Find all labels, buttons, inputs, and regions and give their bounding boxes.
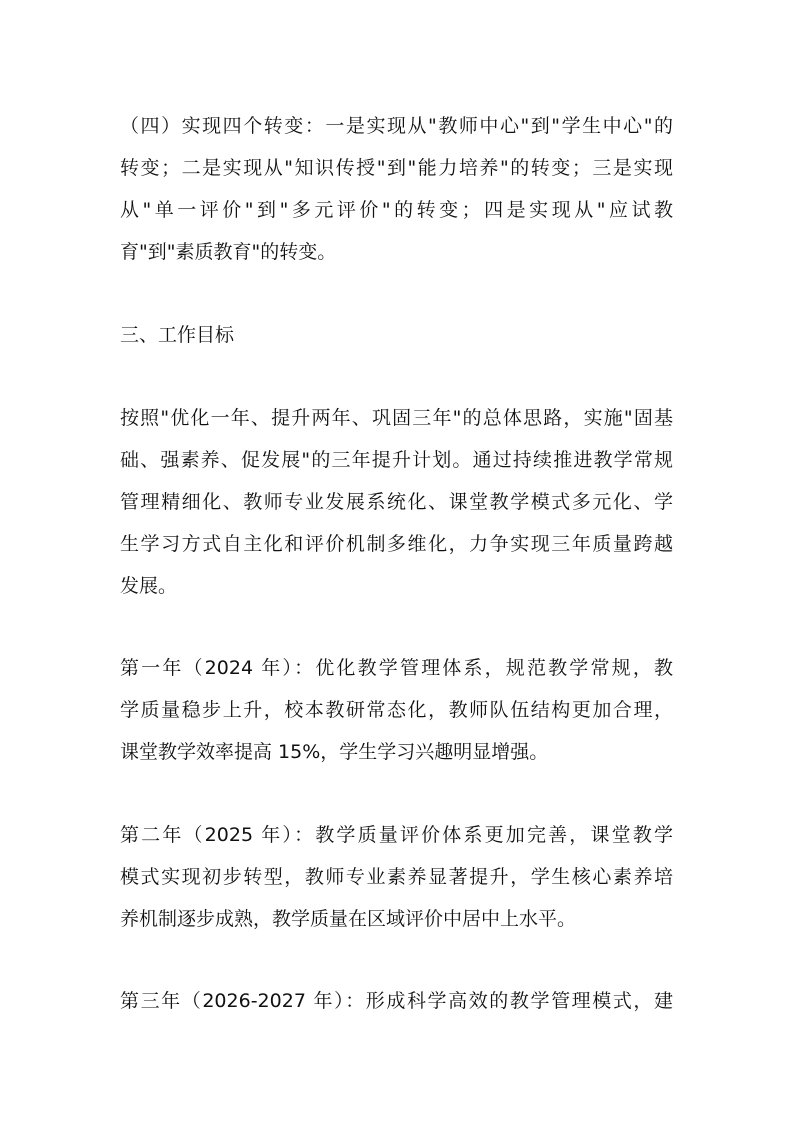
text-line: 础、强素养、促发展"的三年提升计划。通过持续推进教学常规	[120, 445, 673, 475]
text-line: 第三年（2026-2027 年）：形成科学高效的教学管理模式，建	[120, 986, 673, 1016]
text-line: 学质量稳步上升，校本教研常态化，教师队伍结构更加合理，	[120, 695, 673, 725]
text-line: 课堂教学效率提高 15%，学生学习兴趣明显增强。	[120, 737, 673, 767]
text-line: 育"到"素质教育"的转变。	[120, 237, 673, 267]
text-line: 管理精细化、教师专业发展系统化、课堂教学模式多元化、学	[120, 487, 673, 517]
text-line: 第一年（2024 年）：优化教学管理体系，规范教学常规，教	[120, 653, 673, 683]
text-line: 模式实现初步转型，教师专业素养显著提升，学生核心素养培	[120, 862, 673, 892]
section-heading-work-goals: 三、工作目标	[120, 320, 234, 350]
text-line: 发展。	[120, 571, 673, 601]
text-line: 按照"优化一年、提升两年、巩固三年"的总体思路，实施"固基	[120, 403, 673, 433]
text-line: 转变；二是实现从"知识传授"到"能力培养"的转变；三是实现	[120, 153, 673, 183]
text-line: 生学习方式自主化和评价机制多维化，力争实现三年质量跨越	[120, 529, 673, 559]
document-page: （四）实现四个转变：一是实现从"教师中心"到"学生中心"的 转变；二是实现从"知…	[0, 0, 793, 1122]
text-line: 养机制逐步成熟，教学质量在区域评价中居中上水平。	[120, 904, 673, 934]
text-line: 第二年（2025 年）：教学质量评价体系更加完善，课堂教学	[120, 820, 673, 850]
text-line: （四）实现四个转变：一是实现从"教师中心"到"学生中心"的	[120, 111, 673, 141]
text-line: 从"单一评价"到"多元评价"的转变；四是实现从"应试教	[120, 195, 673, 225]
